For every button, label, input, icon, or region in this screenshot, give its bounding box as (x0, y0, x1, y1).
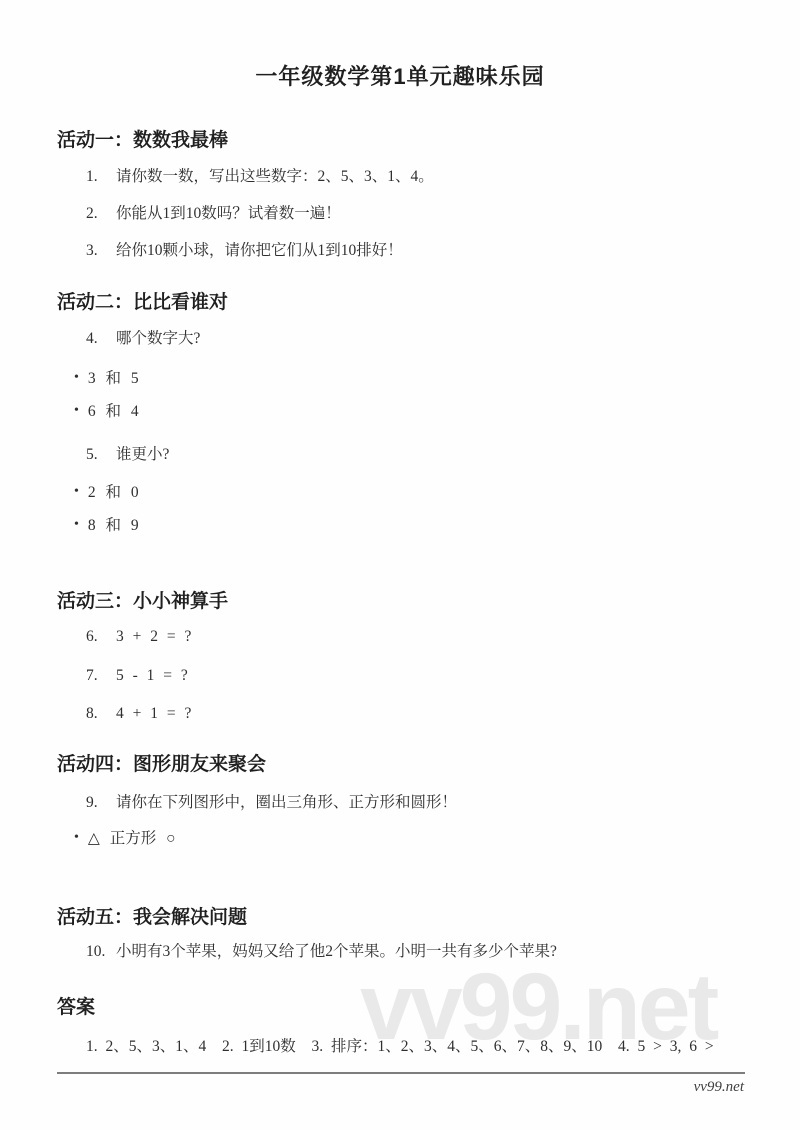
item-text: 谁更小? (116, 445, 169, 464)
list-item: 1. 请你数一数，写出这些数字：2、5、3、1、4。 (86, 167, 434, 186)
item-text: 请你在下列图形中，圈出三角形、正方形和圆形！ (116, 793, 457, 812)
bullet-item: • 3 和 5 (74, 369, 139, 388)
bullet-dot-icon: • (74, 829, 79, 847)
shapes-text: △ 正方形 ○ (88, 829, 176, 848)
page-title: 一年级数学第1单元趣味乐园 (0, 60, 800, 91)
section-heading-activity3: 活动三：小小神算手 (57, 586, 228, 613)
list-item: 10. 小明有3个苹果，妈妈又给了他2个苹果。小明一共有多少个苹果? (86, 942, 557, 961)
item-text: 4 + 1 = ? (116, 704, 191, 723)
list-item: 4. 哪个数字大? (86, 329, 200, 348)
item-number: 7. (86, 666, 110, 685)
section-heading-activity4: 活动四：图形朋友来聚会 (57, 749, 266, 776)
section-heading-activity1: 活动一：数数我最棒 (57, 125, 228, 152)
answers-line: 1. 2、5、3、1、4 2. 1到10数 3. 排序：1、2、3、4、5、6、… (86, 1034, 714, 1056)
item-text: 给你10颗小球，请你把它们从1到10排好！ (116, 241, 403, 260)
list-item: 8. 4 + 1 = ? (86, 704, 191, 723)
section-heading-activity5: 活动五：我会解决问题 (57, 902, 247, 929)
item-number: 5. (86, 445, 110, 464)
bullet-item-shapes: • △ 正方形 ○ (74, 829, 175, 848)
item-text: 5 - 1 = ? (116, 666, 188, 685)
bullet-dot-icon: • (74, 516, 79, 534)
footer-site-text: vv99.net (694, 1079, 744, 1096)
item-number: 3. (86, 241, 110, 260)
bullet-text: 3 和 5 (88, 369, 139, 388)
item-number: 4. (86, 329, 110, 348)
item-text: 小明有3个苹果，妈妈又给了他2个苹果。小明一共有多少个苹果? (116, 942, 557, 961)
item-number: 10. (86, 942, 110, 961)
bullet-item: • 8 和 9 (74, 516, 139, 535)
list-item: 3. 给你10颗小球，请你把它们从1到10排好！ (86, 241, 403, 260)
list-item: 7. 5 - 1 = ? (86, 666, 188, 685)
footer-divider (57, 1072, 745, 1074)
bullet-item: • 2 和 0 (74, 483, 139, 502)
list-item: 9. 请你在下列图形中，圈出三角形、正方形和圆形！ (86, 793, 457, 812)
item-text: 请你数一数，写出这些数字：2、5、3、1、4。 (116, 167, 434, 186)
list-item: 2. 你能从1到10数吗？试着数一遍！ (86, 204, 341, 223)
bullet-text: 6 和 4 (88, 402, 139, 421)
item-number: 6. (86, 627, 110, 646)
bullet-item: • 6 和 4 (74, 402, 139, 421)
bullet-dot-icon: • (74, 369, 79, 387)
item-number: 8. (86, 704, 110, 723)
item-number: 1. (86, 167, 110, 186)
worksheet-page: 一年级数学第1单元趣味乐园 活动一：数数我最棒 1. 请你数一数，写出这些数字：… (0, 0, 800, 1130)
list-item: 5. 谁更小? (86, 445, 169, 464)
item-text: 3 + 2 = ? (116, 627, 191, 646)
bullet-dot-icon: • (74, 483, 79, 501)
item-number: 2. (86, 204, 110, 223)
bullet-text: 2 和 0 (88, 483, 139, 502)
item-text: 你能从1到10数吗？试着数一遍！ (116, 204, 341, 223)
item-text: 哪个数字大? (116, 329, 200, 348)
answers-heading: 答案 (57, 992, 95, 1019)
bullet-text: 8 和 9 (88, 516, 139, 535)
list-item: 6. 3 + 2 = ? (86, 627, 191, 646)
item-number: 9. (86, 793, 110, 812)
section-heading-activity2: 活动二：比比看谁对 (57, 287, 228, 314)
bullet-dot-icon: • (74, 402, 79, 420)
